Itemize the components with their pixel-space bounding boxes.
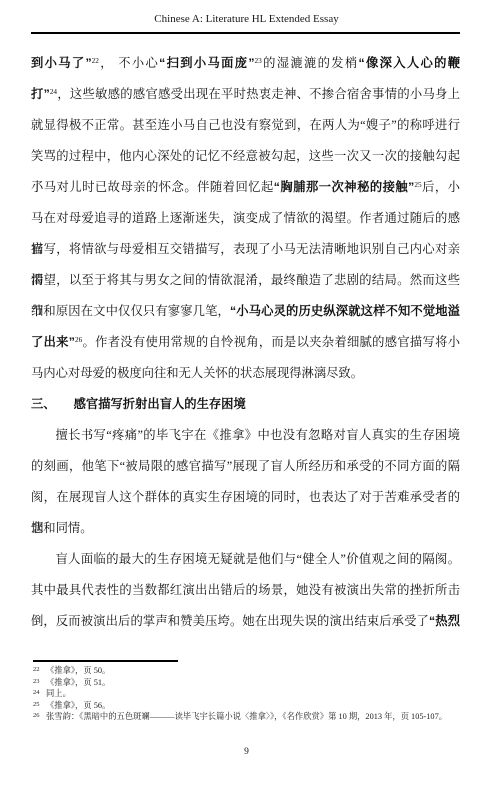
body-line: 到小马了”22， 不小心“扫到小马面庞”23的湿漉漉的发梢“像深入人心的鞭	[31, 48, 460, 79]
body-text-segment: ， 不小心	[99, 56, 159, 70]
footnote-marker: 23	[33, 676, 46, 688]
footnote-text: 《推拿》，页 51。	[46, 677, 461, 689]
body-text-segment: 盲人面临的最大的生存困境无疑就是他们与“健全人”价值观之间的隔阂。	[56, 552, 461, 566]
essay-body: 到小马了”22， 不小心“扫到小马面庞”23的湿漉漉的发梢“像深入人心的鞭打”2…	[31, 48, 460, 637]
body-text-segment: ，这些敏感的感官感受出现在平时热衷走神、不掺合宿舍事情的小马身上	[57, 87, 460, 101]
footnote-separator	[33, 660, 178, 662]
footnote-ref: 22	[92, 56, 99, 65]
quoted-bold-text: “扫到小马面庞”	[159, 56, 254, 70]
body-line: 擅长书写“疼痛”的毕飞宇在《推拿》中也没有忽略对盲人真实的生存困境	[31, 420, 460, 451]
quoted-bold-text: “胸脯那一次神秘的接触”	[274, 180, 415, 194]
quoted-bold-text: “热烈	[429, 614, 460, 628]
footnote-text: 张雪韵：《黑暗中的五色斑斓———读毕飞宇长篇小说〈推拿〉》，《名作欣赏》第 10…	[46, 711, 461, 723]
footnote-marker: 26	[33, 710, 46, 722]
footnote-marker: 22	[33, 664, 46, 676]
body-line: 马在对母爱追寻的道路上逐渐迷失，演变成了情欲的渴望。作者通过随后的感官	[31, 203, 460, 234]
body-line: 渴望，以至于将其与男女之间的情欲混淆，最终酿造了悲剧的结局。然而这些细	[31, 265, 460, 296]
footnote-text: 《推拿》，页 56。	[46, 700, 461, 712]
footnote-marker: 24	[33, 687, 46, 699]
body-line: 马内心对母爱的极度向往和无人关怀的状态展现得淋漓尽致。	[31, 358, 460, 389]
body-text-segment: 其中最具代表性的当数都红演出出错后的场景，她没有被演出失常的挫折所击	[31, 583, 460, 597]
body-line: 盲人面临的最大的生存困境无疑就是他们与“健全人”价值观之间的隔阂。	[31, 544, 460, 575]
footnote-text: 同上。	[46, 688, 461, 700]
header-rule	[31, 32, 460, 34]
body-text-segment: 倒，反而被演出后的掌声和赞美压垮。她在出现失误的演出结束后承受了	[31, 614, 429, 628]
body-text-segment: 感官描写折射出盲人的生存困境	[74, 397, 246, 411]
footnote-item: 25《推拿》，页 56。	[33, 700, 461, 712]
body-line: 就显得极不正常。甚至连小马自己也没有察觉到，在两人为“嫂子”的称呼进行	[31, 110, 460, 141]
body-text-segment: 就显得极不正常。甚至连小马自己也没有察觉到，在两人为“嫂子”的称呼进行	[31, 118, 460, 132]
body-line: 的刻画，他笔下“被局限的感官描写”展现了盲人所经历和承受的不同方面的隔	[31, 451, 460, 482]
body-text-segment: 后，小	[422, 180, 460, 194]
body-text-segment: 。作者没有使用常规的自怜视角，而是以夹杂着细腻的感官描写将小	[82, 335, 460, 349]
body-line: 小马对儿时已故母亲的怀念。伴随着回忆起“胸脯那一次神秘的接触”25后，小	[31, 172, 460, 203]
body-line: 悯和同情。	[31, 513, 460, 544]
body-text-segment: 节和原因在文中仅仅只有寥寥几笔，	[31, 304, 230, 318]
footnote-ref: 25	[414, 180, 421, 189]
body-text-segment: 小马对儿时已故母亲的怀念。伴随着回忆起	[31, 180, 274, 194]
footnote-text: 《推拿》，页 50。	[46, 665, 461, 677]
footnote-ref: 23	[255, 56, 262, 65]
section-heading: 三、感官描写折射出盲人的生存困境	[31, 389, 460, 420]
body-line: 描写，将情欲与母爱相互交错描写，表现了小马无法清晰地识别自己内心对亲情	[31, 234, 460, 265]
body-text-segment: 擅长书写“疼痛”的毕飞宇在《推拿》中也没有忽略对盲人真实的生存困境	[56, 428, 461, 442]
quoted-bold-text: 到小马了”	[31, 56, 92, 70]
footnote-item: 22《推拿》，页 50。	[33, 665, 461, 677]
footnote-ref: 24	[50, 87, 57, 96]
document-page: Chinese A: Literature HL Extended Essay …	[0, 0, 493, 788]
body-line: 了出来”26。作者没有使用常规的自怜视角，而是以夹杂着细腻的感官描写将小	[31, 327, 460, 358]
footnote-ref: 26	[75, 335, 82, 344]
body-text-segment: 三、	[31, 397, 56, 411]
footnote-marker: 25	[33, 699, 46, 711]
quoted-bold-text: “小马心灵的历史纵深就这样不知不觉地溢	[230, 304, 460, 318]
quoted-bold-text: 打”	[31, 87, 50, 101]
footnote-item: 23《推拿》，页 51。	[33, 677, 461, 689]
body-line: 倒，反而被演出后的掌声和赞美压垮。她在出现失误的演出结束后承受了“热烈	[31, 606, 460, 637]
footnote-item: 26张雪韵：《黑暗中的五色斑斓———读毕飞宇长篇小说〈推拿〉》，《名作欣赏》第 …	[33, 711, 461, 723]
body-line: 阂，在展现盲人这个群体的真实生存困境的同时，也表达了对于苦难承受者的悲	[31, 482, 460, 513]
running-header-title: Chinese A: Literature HL Extended Essay	[0, 13, 493, 25]
quoted-bold-text: 了出来”	[31, 335, 75, 349]
body-text-segment: 马内心对母爱的极度向往和无人关怀的状态展现得淋漓尽致。	[31, 366, 363, 380]
footnote-item: 24同上。	[33, 688, 461, 700]
body-text-segment: 的湿漉漉的发梢	[262, 56, 359, 70]
body-text-segment: 悯和同情。	[31, 521, 93, 535]
quoted-bold-text: “像深入人心的鞭	[359, 56, 461, 70]
body-line: 笑骂的过程中，他内心深处的记忆不经意被勾起，这些一次又一次的接触勾起了	[31, 141, 460, 172]
footnotes-section: 22《推拿》，页 50。23《推拿》，页 51。24同上。25《推拿》，页 56…	[33, 665, 461, 723]
body-line: 打”24，这些敏感的感官感受出现在平时热衷走神、不掺合宿舍事情的小马身上	[31, 79, 460, 110]
body-line: 节和原因在文中仅仅只有寥寥几笔，“小马心灵的历史纵深就这样不知不觉地溢	[31, 296, 460, 327]
body-line: 其中最具代表性的当数都红演出出错后的场景，她没有被演出失常的挫折所击	[31, 575, 460, 606]
body-text-segment: 的刻画，他笔下“被局限的感官描写”展现了盲人所经历和承受的不同方面的隔	[31, 459, 460, 473]
page-number: 9	[0, 747, 493, 757]
